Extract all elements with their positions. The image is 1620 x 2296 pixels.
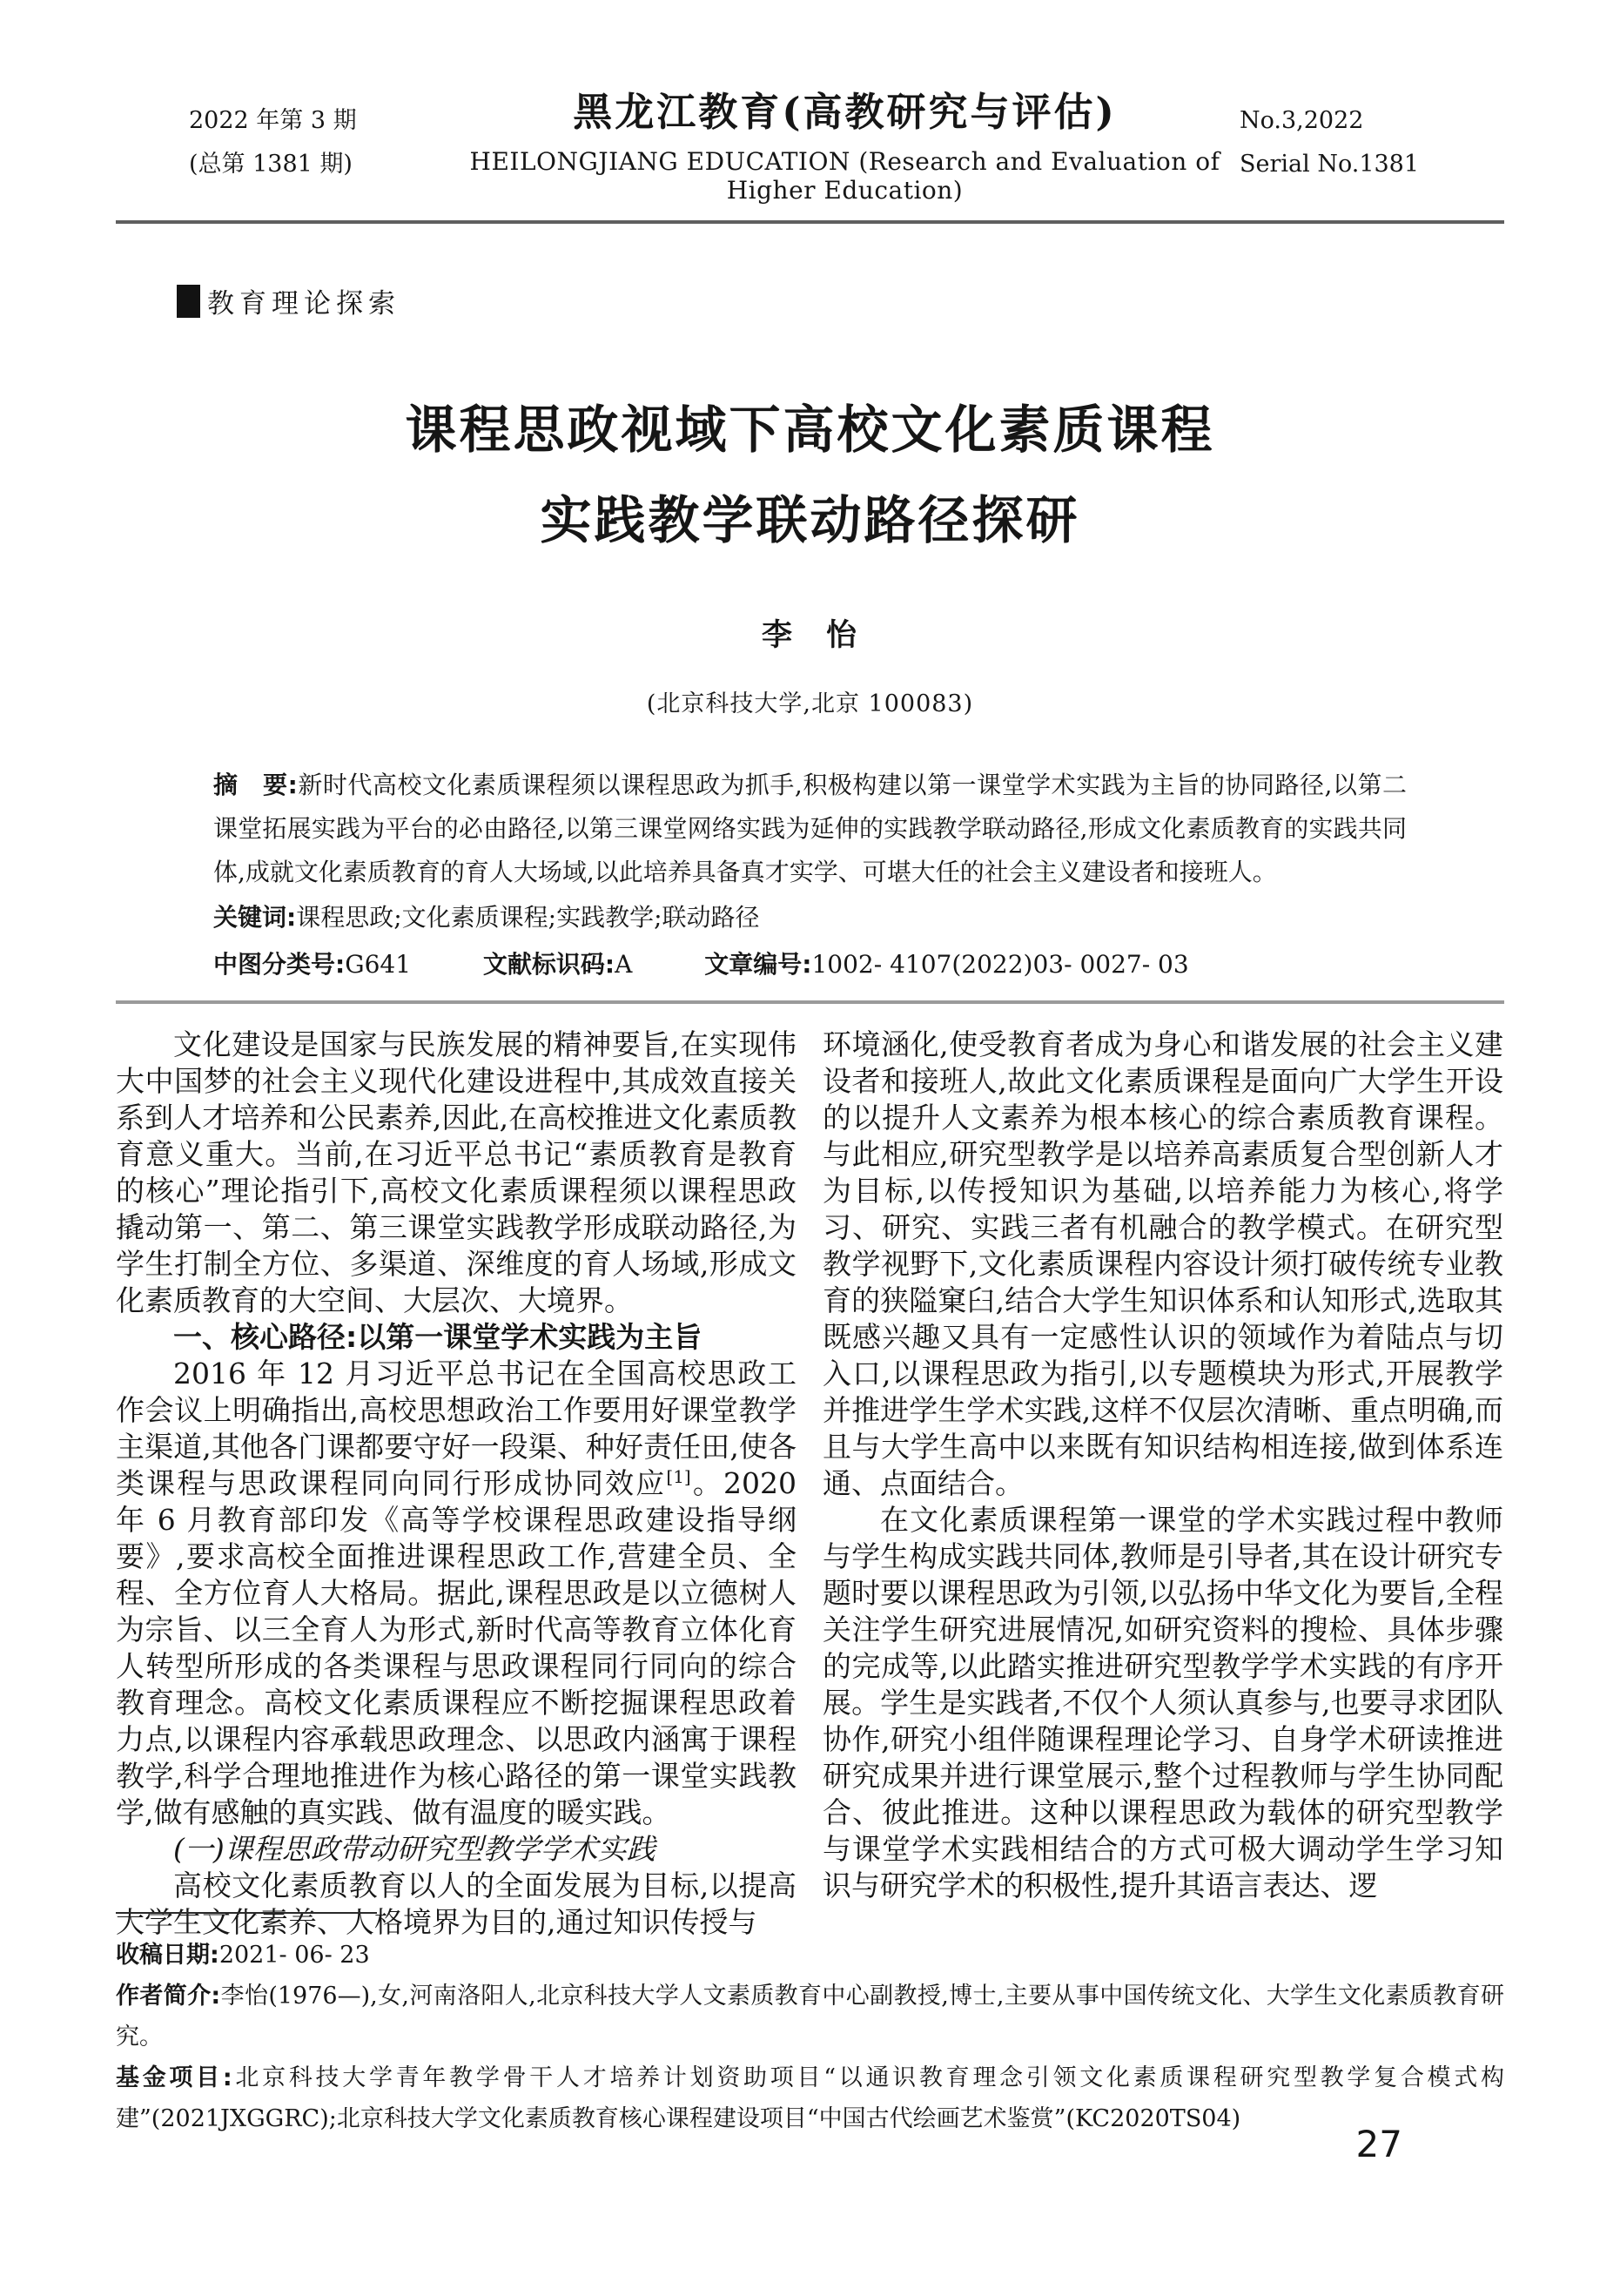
- issue-number: 2022 年第 3 期: [189, 99, 450, 143]
- footnote-text: 李怡(1976—),女,河南洛阳人,北京科技大学人文素质教育中心副教授,博士,主…: [116, 1983, 1504, 2050]
- body-paragraph: 环境涵化,使受教育者成为身心和谐发展的社会主义建设者和接班人,故此文化素质课程是…: [823, 1027, 1503, 1502]
- abstract-label: 摘 要:: [213, 771, 298, 799]
- serial-number-en: Serial No.1381: [1240, 143, 1501, 186]
- serial-number-cn: (总第 1381 期): [189, 143, 450, 186]
- header-divider: [116, 220, 1504, 224]
- footnote-text: 2021- 06- 23: [219, 1942, 370, 1969]
- issue-info: 2022 年第 3 期 (总第 1381 期): [116, 99, 450, 186]
- footnote-divider: [116, 1912, 377, 1914]
- keywords: 关键词:课程思政;文化素质课程;实践教学;联动路径: [213, 896, 1407, 939]
- body-paragraph: 文化建设是国家与民族发展的精神要旨,在实现伟大中国梦的社会主义现代化建设进程中,…: [116, 1027, 797, 1319]
- abstract: 摘 要:新时代高校文化素质课程须以课程思政为抓手,积极构建以第一课堂学术实践为主…: [213, 764, 1407, 894]
- author-name: 李 怡: [116, 611, 1504, 655]
- clc-number: 中图分类号:G641: [213, 950, 411, 979]
- journal-name-block: 黑龙江教育(高教研究与评估) HEILONGJIANG EDUCATION (R…: [450, 80, 1240, 205]
- sub-heading: (一)课程思政带动研究型教学学术实践: [116, 1831, 797, 1868]
- article-id: 文章编号:1002- 4107(2022)03- 0027- 03: [704, 950, 1188, 979]
- abstract-text: 新时代高校文化素质课程须以课程思政为抓手,积极构建以第一课堂学术实践为主旨的协同…: [213, 771, 1407, 886]
- page-number: 27: [1356, 2123, 1402, 2165]
- footnote-text: 北京科技大学青年教学骨干人才培养计划资助项目“以通识教育理念引领文化素质课程研究…: [116, 2064, 1504, 2132]
- section-heading: 一、核心路径:以第一课堂学术实践为主旨: [116, 1319, 797, 1356]
- footnote-label: 作者简介:: [116, 1983, 220, 2010]
- section-square-icon: [177, 285, 200, 318]
- body-paragraph: 在文化素质课程第一课堂的学术实践过程中教师与学生构成实践共同体,教师是引导者,其…: [823, 1502, 1503, 1904]
- body-paragraph: 2016 年 12 月习近平总书记在全国高校思政工作会议上明确指出,高校思想政治…: [116, 1356, 797, 1831]
- right-column: 环境涵化,使受教育者成为身心和谐发展的社会主义建设者和接班人,故此文化素质课程是…: [823, 1027, 1503, 1941]
- section-tag: 教育理论探索: [177, 281, 1504, 320]
- citation-marker: [1]: [666, 1466, 690, 1487]
- left-column: 文化建设是国家与民族发展的精神要旨,在实现伟大中国梦的社会主义现代化建设进程中,…: [116, 1027, 797, 1941]
- article-title-line2: 实践教学联动路径探研: [116, 475, 1504, 566]
- abstract-divider: [116, 1000, 1504, 1004]
- article-title-line1: 课程思政视域下高校文化素质课程: [116, 385, 1504, 475]
- document-code: 文献标识码:A: [483, 950, 632, 979]
- article-meta: 中图分类号:G641 文献标识码:A 文章编号:1002- 4107(2022)…: [213, 943, 1407, 986]
- journal-name-english: HEILONGJIANG EDUCATION (Research and Eva…: [450, 147, 1240, 205]
- footnotes: 收稿日期:2021- 06- 23作者简介:李怡(1976—),女,河南洛阳人,…: [116, 1935, 1504, 2139]
- abstract-block: 摘 要:新时代高校文化素质课程须以课程思政为抓手,积极构建以第一课堂学术实践为主…: [213, 764, 1407, 986]
- journal-header: 2022 年第 3 期 (总第 1381 期) 黑龙江教育(高教研究与评估) H…: [116, 0, 1504, 224]
- issue-number-en: No.3,2022: [1240, 99, 1501, 143]
- journal-name-chinese: 黑龙江教育(高教研究与评估): [450, 80, 1240, 137]
- issue-info-english: No.3,2022 Serial No.1381: [1240, 99, 1504, 186]
- keywords-label: 关键词:: [213, 903, 296, 932]
- footnote-label: 收稿日期:: [116, 1942, 219, 1969]
- footnote-item: 基金项目:北京科技大学青年教学骨干人才培养计划资助项目“以通识教育理念引领文化素…: [116, 2057, 1504, 2139]
- footnote-item: 作者简介:李怡(1976—),女,河南洛阳人,北京科技大学人文素质教育中心副教授…: [116, 1976, 1504, 2057]
- article-body: 文化建设是国家与民族发展的精神要旨,在实现伟大中国梦的社会主义现代化建设进程中,…: [116, 1027, 1504, 1941]
- keywords-text: 课程思政;文化素质课程;实践教学;联动路径: [296, 903, 759, 932]
- author-affiliation: (北京科技大学,北京 100083): [116, 684, 1504, 718]
- article-title: 课程思政视域下高校文化素质课程 实践教学联动路径探研: [116, 385, 1504, 566]
- footnote-item: 收稿日期:2021- 06- 23: [116, 1935, 1504, 1976]
- footnote-label: 基金项目:: [116, 2064, 232, 2091]
- footnote-area: 收稿日期:2021- 06- 23作者简介:李怡(1976—),女,河南洛阳人,…: [116, 1912, 1504, 2139]
- journal-page: 2022 年第 3 期 (总第 1381 期) 黑龙江教育(高教研究与评估) H…: [0, 0, 1620, 2296]
- section-tag-label: 教育理论探索: [207, 281, 400, 320]
